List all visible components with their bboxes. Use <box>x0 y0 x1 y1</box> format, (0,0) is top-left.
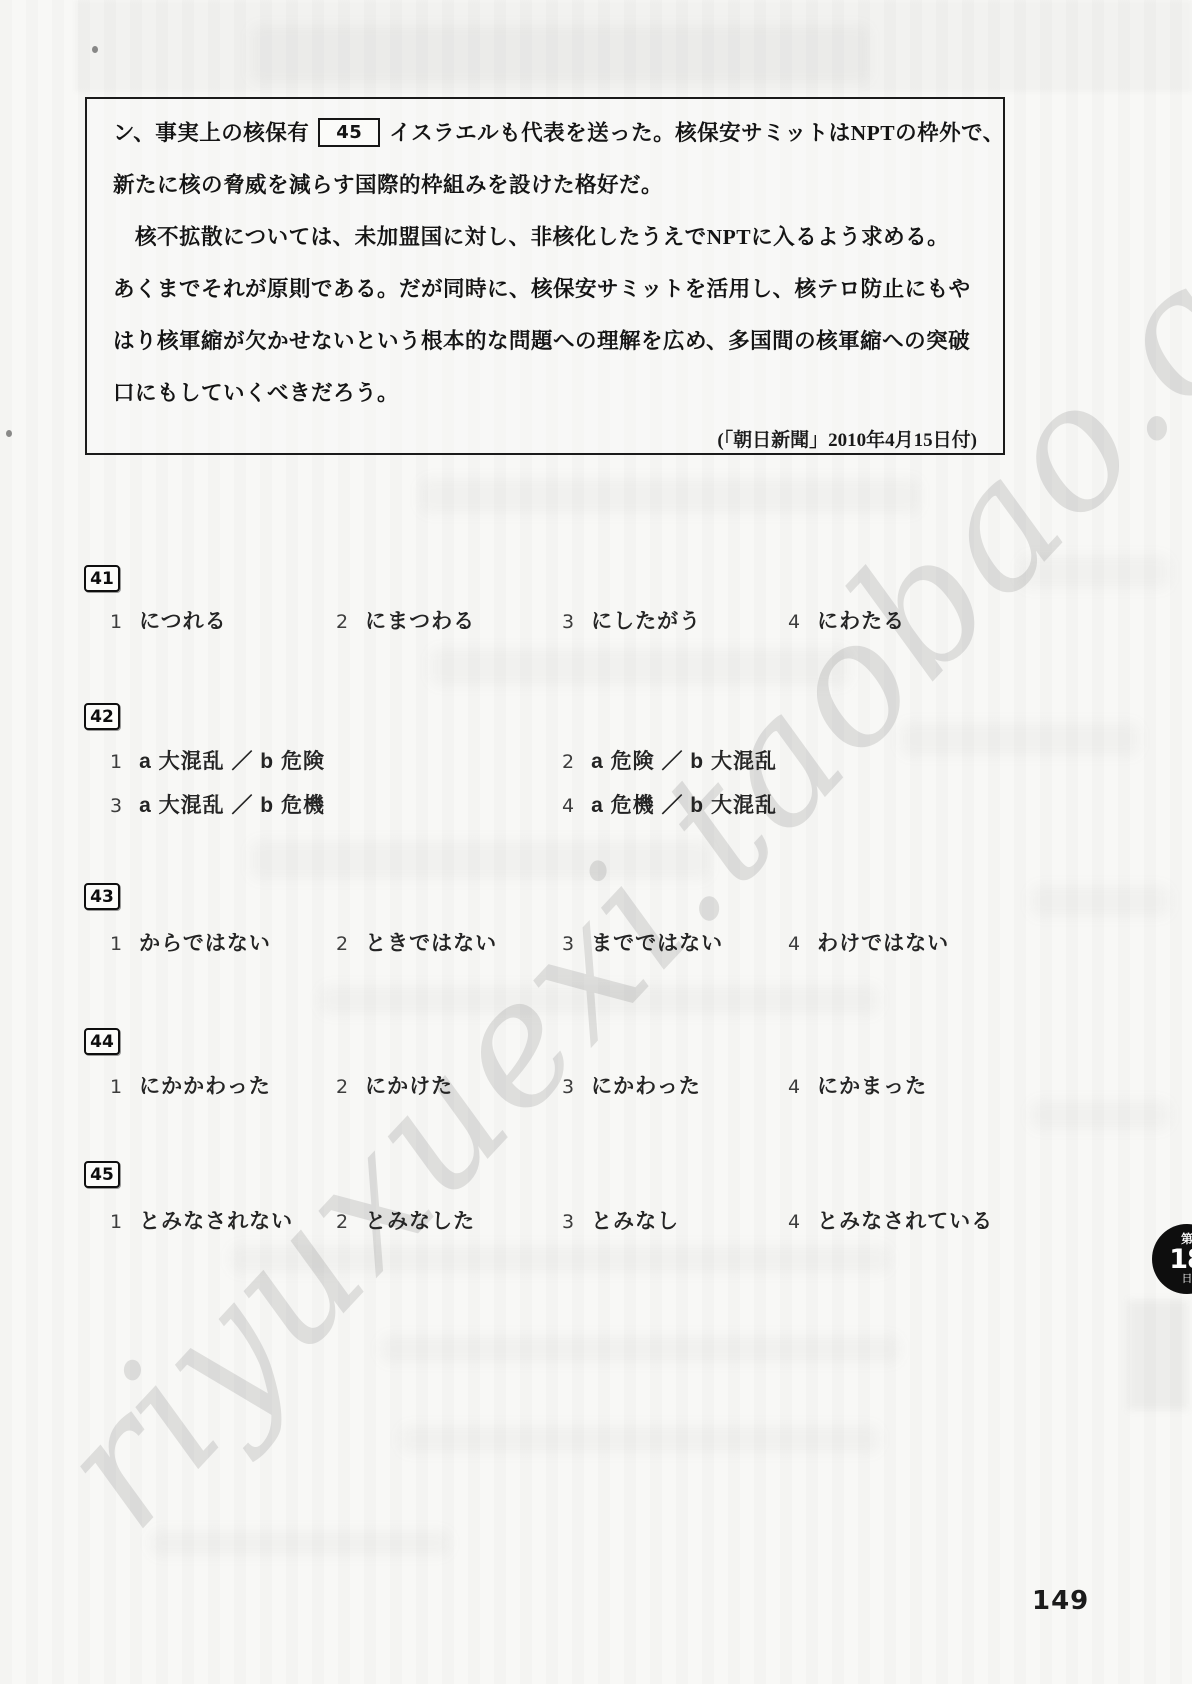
option-number: 2 <box>336 933 348 955</box>
passage-source-citation: (「朝日新聞」2010年4月15日付) <box>113 419 979 463</box>
answer-option: 1 とみなされない <box>110 1205 336 1235</box>
answer-option: 1 にかかわった <box>110 1070 336 1100</box>
bleed-through-smudge <box>1030 1100 1170 1130</box>
option-text: わけではない <box>817 927 949 957</box>
option-text: にしたがう <box>591 605 701 635</box>
answer-option: 4 にわたる <box>788 605 1014 635</box>
passage-line: 新たに核の脅威を減らす国際的枠組みを設けた格好だ。 <box>113 159 979 211</box>
option-number: 3 <box>562 611 574 633</box>
day-18-badge: 第 18 日 <box>1152 1224 1192 1294</box>
answer-option: 4 にかまった <box>788 1070 1014 1100</box>
passage-line: 口にもしていくべきだろう。 <box>113 367 979 419</box>
bleed-through-smudge <box>150 1530 450 1556</box>
bleed-through-smudge <box>1128 1300 1188 1410</box>
day-badge-number: 18 <box>1169 1246 1192 1273</box>
bleed-through-smudge <box>250 840 710 880</box>
bleed-through-smudge <box>400 1425 880 1453</box>
option-number: 3 <box>562 933 574 955</box>
answer-option: 4 a 危機 ／ b 大混乱 <box>562 789 1014 819</box>
option-text: にかかわった <box>139 1070 271 1100</box>
bleed-through-smudge <box>1030 885 1170 917</box>
answer-option: 2 ときではない <box>336 927 562 957</box>
question-42-options-row1: 1 a 大混乱 ／ b 危険 2 a 危険 ／ b 大混乱 <box>110 745 1020 775</box>
option-number: 3 <box>562 1211 574 1233</box>
question-number-44: 44 <box>84 1028 120 1055</box>
question-43-options: 1 からではない 2 ときではない 3 までではない 4 わけではない <box>110 927 1020 957</box>
answer-option: 3 とみなし <box>562 1205 788 1235</box>
option-text: からではない <box>139 927 271 957</box>
scan-speck <box>92 46 98 53</box>
reading-passage-box: ン、事実上の核保有45イスラエルも代表を送った。核保安サミットはNPTの枠外で、… <box>85 97 1005 455</box>
bleed-through-smudge <box>420 478 920 514</box>
option-number: 4 <box>562 795 574 817</box>
option-text: a 危険 ／ b 大混乱 <box>591 745 777 775</box>
scan-speck <box>6 430 12 437</box>
bleed-through-smudge <box>320 985 880 1015</box>
answer-option: 4 とみなされている <box>788 1205 1014 1235</box>
bleed-through-smudge <box>380 1335 900 1363</box>
option-text: にかわった <box>591 1070 701 1100</box>
answer-option: 1 a 大混乱 ／ b 危険 <box>110 745 562 775</box>
option-number: 1 <box>110 933 122 955</box>
question-number-41: 41 <box>84 565 120 592</box>
option-text: a 大混乱 ／ b 危機 <box>139 789 325 819</box>
option-number: 2 <box>336 611 348 633</box>
option-text: ときではない <box>365 927 497 957</box>
passage-line: あくまでそれが原則である。だが同時に、核保安サミットを活用し、核テロ防止にもや <box>113 263 979 315</box>
option-number: 4 <box>788 611 800 633</box>
option-text: とみなし <box>591 1205 679 1235</box>
answer-option: 3 までではない <box>562 927 788 957</box>
option-text: にかけた <box>365 1070 453 1100</box>
option-number: 1 <box>110 611 122 633</box>
answer-option: 3 にかわった <box>562 1070 788 1100</box>
answer-option: 2 とみなした <box>336 1205 562 1235</box>
option-number: 4 <box>788 1211 800 1233</box>
option-text: にかまった <box>817 1070 927 1100</box>
answer-option: 4 わけではない <box>788 927 1014 957</box>
answer-option: 2 にかけた <box>336 1070 562 1100</box>
page-number: 149 <box>1032 1586 1089 1616</box>
option-text: につれる <box>139 605 227 635</box>
option-text: にわたる <box>817 605 905 635</box>
option-text: にまつわる <box>365 605 475 635</box>
passage-line: はり核軍縮が欠かせないという根本的な問題への理解を広め、多国間の核軍縮への突破 <box>113 315 979 367</box>
scan-top-shadow <box>75 0 1192 92</box>
option-number: 1 <box>110 751 122 773</box>
option-number: 1 <box>110 1076 122 1098</box>
passage-text: ン、事実上の核保有 <box>113 121 309 145</box>
question-41-options: 1 につれる 2 にまつわる 3 にしたがう 4 にわたる <box>110 605 1020 635</box>
option-number: 3 <box>562 1076 574 1098</box>
question-42-options-row2: 3 a 大混乱 ／ b 危機 4 a 危機 ／ b 大混乱 <box>110 789 1020 819</box>
question-45-options: 1 とみなされない 2 とみなした 3 とみなし 4 とみなされている <box>110 1205 1020 1235</box>
answer-option: 1 につれる <box>110 605 336 635</box>
option-text: とみなした <box>365 1205 475 1235</box>
answer-option: 3 にしたがう <box>562 605 788 635</box>
option-text: とみなされない <box>139 1205 293 1235</box>
option-number: 3 <box>110 795 122 817</box>
option-number: 4 <box>788 933 800 955</box>
passage-line: ン、事実上の核保有45イスラエルも代表を送った。核保安サミットはNPTの枠外で、 <box>113 107 979 159</box>
option-text: a 大混乱 ／ b 危険 <box>139 745 325 775</box>
question-44-options: 1 にかかわった 2 にかけた 3 にかわった 4 にかまった <box>110 1070 1020 1100</box>
option-number: 2 <box>336 1211 348 1233</box>
blank-45-box: 45 <box>318 118 380 147</box>
option-text: a 危機 ／ b 大混乱 <box>591 789 777 819</box>
bleed-through-smudge <box>230 1245 890 1273</box>
question-number-45: 45 <box>84 1161 120 1188</box>
passage-line: 核不拡散については、未加盟国に対し、非核化したうえでNPTに入るよう求める。 <box>113 211 979 263</box>
bleed-through-smudge <box>430 648 850 686</box>
answer-option: 2 a 危険 ／ b 大混乱 <box>562 745 1014 775</box>
question-number-42: 42 <box>84 703 120 730</box>
option-number: 2 <box>336 1076 348 1098</box>
option-text: までではない <box>591 927 723 957</box>
option-text: とみなされている <box>817 1205 993 1235</box>
option-number: 1 <box>110 1211 122 1233</box>
scanned-textbook-page: { "page": { "number": "149", "watermark"… <box>0 0 1192 1684</box>
question-number-43: 43 <box>84 883 120 910</box>
answer-option: 2 にまつわる <box>336 605 562 635</box>
passage-text: イスラエルも代表を送った。核保安サミットはNPTの枠外で、 <box>389 121 1004 145</box>
answer-option: 3 a 大混乱 ／ b 危機 <box>110 789 562 819</box>
option-number: 2 <box>562 751 574 773</box>
option-number: 4 <box>788 1076 800 1098</box>
bleed-through-smudge <box>1020 555 1170 589</box>
day-badge-suffix: 日 <box>1182 1273 1192 1285</box>
answer-option: 1 からではない <box>110 927 336 957</box>
